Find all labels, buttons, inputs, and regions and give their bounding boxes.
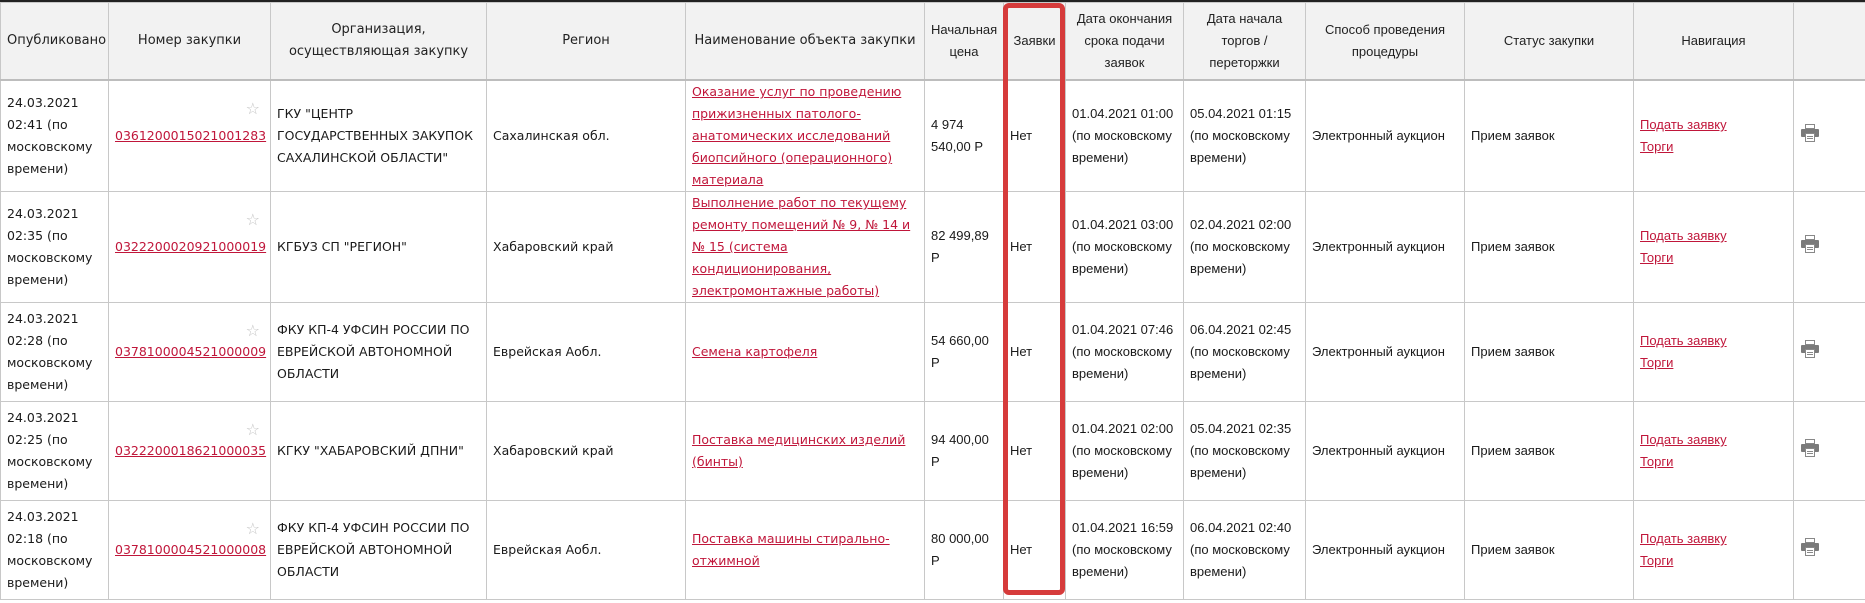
price-cell: 80 000,00 Р xyxy=(925,501,1004,600)
table-row: 24.03.2021 02:35 (по московскому времени… xyxy=(1,192,1865,303)
object-cell: Поставка медицинских изделий (бинты) xyxy=(686,402,925,501)
region-cell: Хабаровский край xyxy=(487,402,686,501)
header-number[interactable]: Номер закупки xyxy=(109,3,271,81)
published-cell: 24.03.2021 02:35 (по московскому времени… xyxy=(1,192,109,303)
procurement-object-link[interactable]: Поставка машины стирально-отжимной xyxy=(692,531,890,568)
procurement-object-link[interactable]: Семена картофеля xyxy=(692,344,817,359)
procurement-number-link[interactable]: 0361200015021001283 xyxy=(115,128,266,143)
procurement-object-link[interactable]: Поставка медицинских изделий (бинты) xyxy=(692,432,905,469)
auction-start-cell: 06.04.2021 02:45 (по московскому времени… xyxy=(1184,303,1306,402)
object-cell: Поставка машины стирально-отжимной xyxy=(686,501,925,600)
header-applications[interactable]: Заявки xyxy=(1004,3,1066,81)
deadline-cell: 01.04.2021 16:59 (по московскому времени… xyxy=(1066,501,1184,600)
apply-link[interactable]: Подать заявку xyxy=(1640,117,1727,132)
auction-start-cell: 05.04.2021 02:35 (по московскому времени… xyxy=(1184,402,1306,501)
deadline-cell: 01.04.2021 07:46 (по московскому времени… xyxy=(1066,303,1184,402)
header-deadline[interactable]: Дата окончания срока подачи заявок xyxy=(1066,3,1184,81)
procurement-object-link[interactable]: Выполнение работ по текущему ремонту пом… xyxy=(692,195,910,298)
number-cell: ☆ 0378100004521000009 xyxy=(109,303,271,402)
method-cell: Электронный аукцион xyxy=(1306,501,1465,600)
trade-link[interactable]: Торги xyxy=(1640,250,1673,265)
star-outline-icon[interactable]: ☆ xyxy=(246,323,260,339)
header-region[interactable]: Регион xyxy=(487,3,686,81)
printer-icon[interactable] xyxy=(1800,340,1820,358)
navigation-cell: Подать заявку Торги xyxy=(1634,501,1794,600)
procurement-number-link[interactable]: 0322200020921000019 xyxy=(115,239,266,254)
printer-icon[interactable] xyxy=(1800,538,1820,556)
applications-cell: Нет xyxy=(1004,80,1066,192)
published-cell: 24.03.2021 02:41 (по московскому времени… xyxy=(1,80,109,192)
table-row: 24.03.2021 02:41 (по московскому времени… xyxy=(1,80,1865,192)
region-cell: Еврейская Аобл. xyxy=(487,501,686,600)
trade-link[interactable]: Торги xyxy=(1640,553,1673,568)
header-actions xyxy=(1794,3,1865,81)
applications-cell: Нет xyxy=(1004,303,1066,402)
apply-link[interactable]: Подать заявку xyxy=(1640,333,1727,348)
header-navigation: Навигация xyxy=(1634,3,1794,81)
price-cell: 82 499,89 Р xyxy=(925,192,1004,303)
object-cell: Семена картофеля xyxy=(686,303,925,402)
navigation-cell: Подать заявку Торги xyxy=(1634,80,1794,192)
organization-cell: ФКУ КП-4 УФСИН РОССИИ ПО ЕВРЕЙСКОЙ АВТОН… xyxy=(271,501,487,600)
header-object[interactable]: Наименование объекта закупки xyxy=(686,3,925,81)
number-cell: ☆ 0378100004521000008 xyxy=(109,501,271,600)
actions-cell xyxy=(1794,303,1865,402)
auction-start-cell: 02.04.2021 02:00 (по московскому времени… xyxy=(1184,192,1306,303)
applications-cell: Нет xyxy=(1004,402,1066,501)
published-cell: 24.03.2021 02:25 (по московскому времени… xyxy=(1,402,109,501)
region-cell: Еврейская Аобл. xyxy=(487,303,686,402)
table-row: 24.03.2021 02:25 (по московскому времени… xyxy=(1,402,1865,501)
status-cell: Прием заявок xyxy=(1465,501,1634,600)
deadline-cell: 01.04.2021 02:00 (по московскому времени… xyxy=(1066,402,1184,501)
number-cell: ☆ 0322200020921000019 xyxy=(109,192,271,303)
star-outline-icon[interactable]: ☆ xyxy=(246,422,260,438)
table-header-row: Опубликовано Номер закупки Организация, … xyxy=(1,3,1865,81)
auction-start-cell: 05.04.2021 01:15 (по московскому времени… xyxy=(1184,80,1306,192)
printer-icon[interactable] xyxy=(1800,235,1820,253)
published-cell: 24.03.2021 02:18 (по московскому времени… xyxy=(1,501,109,600)
procurement-number-link[interactable]: 0378100004521000009 xyxy=(115,344,266,359)
navigation-cell: Подать заявку Торги xyxy=(1634,303,1794,402)
organization-cell: КГБУЗ СП "РЕГИОН" xyxy=(271,192,487,303)
published-cell: 24.03.2021 02:28 (по московскому времени… xyxy=(1,303,109,402)
method-cell: Электронный аукцион xyxy=(1306,80,1465,192)
organization-cell: ФКУ КП-4 УФСИН РОССИИ ПО ЕВРЕЙСКОЙ АВТОН… xyxy=(271,303,487,402)
price-cell: 54 660,00 Р xyxy=(925,303,1004,402)
deadline-cell: 01.04.2021 03:00 (по московскому времени… xyxy=(1066,192,1184,303)
region-cell: Сахалинская обл. xyxy=(487,80,686,192)
star-outline-icon[interactable]: ☆ xyxy=(246,212,260,228)
object-cell: Выполнение работ по текущему ремонту пом… xyxy=(686,192,925,303)
star-outline-icon[interactable]: ☆ xyxy=(246,521,260,537)
method-cell: Электронный аукцион xyxy=(1306,303,1465,402)
table-row: 24.03.2021 02:28 (по московскому времени… xyxy=(1,303,1865,402)
procurement-table: Опубликовано Номер закупки Организация, … xyxy=(0,2,1865,600)
method-cell: Электронный аукцион xyxy=(1306,192,1465,303)
number-cell: ☆ 0361200015021001283 xyxy=(109,80,271,192)
apply-link[interactable]: Подать заявку xyxy=(1640,531,1727,546)
method-cell: Электронный аукцион xyxy=(1306,402,1465,501)
trade-link[interactable]: Торги xyxy=(1640,355,1673,370)
header-published[interactable]: Опубликовано xyxy=(1,3,109,81)
status-cell: Прием заявок xyxy=(1465,192,1634,303)
status-cell: Прием заявок xyxy=(1465,303,1634,402)
number-cell: ☆ 0322200018621000035 xyxy=(109,402,271,501)
star-outline-icon[interactable]: ☆ xyxy=(246,101,260,117)
navigation-cell: Подать заявку Торги xyxy=(1634,402,1794,501)
actions-cell xyxy=(1794,192,1865,303)
price-cell: 4 974 540,00 Р xyxy=(925,80,1004,192)
trade-link[interactable]: Торги xyxy=(1640,454,1673,469)
procurement-object-link[interactable]: Оказание услуг по проведению прижизненны… xyxy=(692,84,901,187)
auction-start-cell: 06.04.2021 02:40 (по московскому времени… xyxy=(1184,501,1306,600)
table-row: 24.03.2021 02:18 (по московскому времени… xyxy=(1,501,1865,600)
organization-cell: ГКУ "ЦЕНТР ГОСУДАРСТВЕННЫХ ЗАКУПОК САХАЛ… xyxy=(271,80,487,192)
organization-cell: КГКУ "ХАБАРОВСКИЙ ДПНИ" xyxy=(271,402,487,501)
status-cell: Прием заявок xyxy=(1465,402,1634,501)
status-cell: Прием заявок xyxy=(1465,80,1634,192)
region-cell: Хабаровский край xyxy=(487,192,686,303)
printer-icon[interactable] xyxy=(1800,439,1820,457)
object-cell: Оказание услуг по проведению прижизненны… xyxy=(686,80,925,192)
header-price[interactable]: Начальная цена xyxy=(925,3,1004,81)
printer-icon[interactable] xyxy=(1800,124,1820,142)
applications-cell: Нет xyxy=(1004,501,1066,600)
apply-link[interactable]: Подать заявку xyxy=(1640,228,1727,243)
actions-cell xyxy=(1794,501,1865,600)
trade-link[interactable]: Торги xyxy=(1640,139,1673,154)
header-method[interactable]: Способ проведения процедуры xyxy=(1306,3,1465,81)
price-cell: 94 400,00 Р xyxy=(925,402,1004,501)
actions-cell xyxy=(1794,402,1865,501)
actions-cell xyxy=(1794,80,1865,192)
apply-link[interactable]: Подать заявку xyxy=(1640,432,1727,447)
header-organization[interactable]: Организация, осуществляющая закупку xyxy=(271,3,487,81)
deadline-cell: 01.04.2021 01:00 (по московскому времени… xyxy=(1066,80,1184,192)
header-status[interactable]: Статус закупки xyxy=(1465,3,1634,81)
applications-cell: Нет xyxy=(1004,192,1066,303)
procurement-number-link[interactable]: 0378100004521000008 xyxy=(115,542,266,557)
navigation-cell: Подать заявку Торги xyxy=(1634,192,1794,303)
procurement-number-link[interactable]: 0322200018621000035 xyxy=(115,443,266,458)
header-auction-start[interactable]: Дата начала торгов / переторжки xyxy=(1184,3,1306,81)
